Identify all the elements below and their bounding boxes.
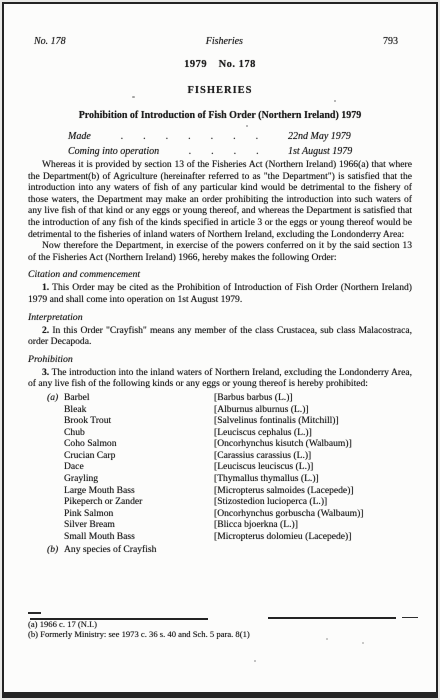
scan-artifact [132,96,135,98]
crayfish-text: Any species of Crayfish [64,544,156,555]
dot-leader: . . . . . . . [91,129,288,144]
made-date: 22nd May 1979 [288,129,384,144]
fish-latin-name: [Leuciscus cephalus (L.)] [214,427,312,439]
footnote-text: Formerly Ministry: see 1973 c. 36 s. 40 … [40,629,250,639]
fish-latin-name: [Thymallus thymallus (L.)] [214,473,319,485]
fish-latin-name: [Barbus barbus (L.)] [214,392,293,404]
operation-label: Coming into operation [68,144,159,159]
species-row: Grayling[Thymallus thymallus (L.)] [28,473,412,485]
fish-latin-name: [Salvelinus fontinalis (Mitchill)] [214,415,339,427]
operation-date: 1st August 1979 [288,144,384,159]
section-paragraph: 2. In this Order "Crayfish" means any me… [28,325,412,348]
fish-latin-name: [Oncorhynchus gorbuscha (Walbaum)] [214,508,363,520]
fish-common-name: Crucian Carp [64,450,214,462]
fish-latin-name: [Micropterus salmoides (Lacepede)] [214,485,354,497]
species-row: Dace[Leuciscus leuciscus (L.)] [28,461,412,473]
scan-artifact [246,125,248,127]
section-interpretation: Interpretation 2. In this Order "Crayfis… [28,312,412,348]
footnote-marker: (a) [28,619,38,629]
section-heading: Interpretation [28,312,412,324]
footnote-area: (a) 1966 c. 17 (N.I.) (b) Formerly Minis… [28,612,412,640]
footnote-marker: (b) [28,629,38,639]
fish-latin-name: [Carassius carassius (L.)] [214,450,311,462]
crayfish-item: (b) Any species of Crayfish [28,544,412,556]
scan-artifact [254,660,256,662]
species-row: Bleak[Alburnus alburnus (L.)] [28,404,412,416]
fish-common-name: Chub [64,427,214,439]
fish-common-name: Small Mouth Bass [64,531,214,543]
fish-latin-name: [Leuciscus leuciscus (L.)] [214,461,313,473]
prohibited-species-list: (a) Barbel[Barbus barbus (L.)] Bleak[Alb… [28,392,412,555]
fish-common-name: Bleak [64,404,214,416]
header-subject: Fisheries [206,36,243,47]
fish-latin-name: [Blicca bjoerkna (L.)] [214,519,298,531]
species-row: Pink Salmon[Oncorhynchus gorbuscha (Walb… [28,508,412,520]
species-row: Small Mouth Bass[Micropterus dolomieu (L… [28,531,412,543]
list-marker-a: (a) [47,392,58,404]
fish-common-name: Pink Salmon [64,508,214,520]
species-row: (a) Barbel[Barbus barbus (L.)] [28,392,412,404]
footnote-rule [28,612,412,620]
species-row: Crucian Carp[Carassius carassius (L.)] [28,450,412,462]
section-paragraph: 3. The introduction into the inland wate… [28,367,412,390]
meta-block: Made . . . . . . . 22nd May 1979 Coming … [68,129,384,159]
article-text: In this Order "Crayfish" means any membe… [28,325,412,348]
scanned-page: No. 178 Fisheries 793 1979 No. 178 FISHE… [2,2,438,698]
rule-segment [402,617,418,618]
section-heading: Prohibition [28,354,412,366]
running-header: No. 178 Fisheries 793 [28,36,412,47]
fish-common-name: Barbel [64,392,214,404]
enacting-paragraph: Now therefore the Department, in exercis… [28,240,412,263]
fish-latin-name: [Micropterus dolomieu (Lacepede)] [214,531,351,543]
section-prohibition: Prohibition 3. The introduction into the… [28,354,412,390]
doc-number: 1979 No. 178 [28,59,412,70]
article-number: 1. [42,282,49,293]
article-text: The introduction into the inland waters … [28,367,412,390]
rule-segment [268,617,396,619]
fish-common-name: Pikeperch or Zander [64,496,214,508]
fish-common-name: Grayling [64,473,214,485]
scan-artifact [334,100,336,102]
article-number: 2. [42,325,49,336]
preamble-paragraph: Whereas it is provided by section 13 of … [28,159,412,240]
scan-artifact [326,638,328,640]
section-paragraph: 1. This Order may be cited as the Prohib… [28,282,412,305]
species-row: Silver Bream[Blicca bjoerkna (L.)] [28,519,412,531]
header-doc-number: No. 178 [28,36,66,47]
fish-common-name: Coho Salmon [64,438,214,450]
scan-artifact [362,642,364,644]
dot-leader: . . . . [159,144,288,159]
list-marker-b: (b) [47,544,58,556]
fish-latin-name: [Oncorhynchus kisutch (Walbaum)] [214,438,352,450]
rule-tick [28,612,41,614]
fish-common-name: Silver Bream [64,519,214,531]
fish-latin-name: [Stizostedion lucioperca (L.)] [214,496,327,508]
species-row: Chub[Leuciscus cephalus (L.)] [28,427,412,439]
page-content: No. 178 Fisheries 793 1979 No. 178 FISHE… [4,36,436,555]
fish-common-name: Dace [64,461,214,473]
header-page-number: 793 [383,36,412,47]
species-row: Brook Trout[Salvelinus fontinalis (Mitch… [28,415,412,427]
fish-latin-name: [Alburnus alburnus (L.)] [214,404,309,416]
order-title: Prohibition of Introduction of Fish Orde… [28,110,412,121]
meta-row-made: Made . . . . . . . 22nd May 1979 [68,129,384,144]
subject-heading: FISHERIES [28,85,412,96]
section-citation: Citation and commencement 1. This Order … [28,269,412,305]
fish-common-name: Brook Trout [64,415,214,427]
rule-segment [30,618,208,620]
footnote-b: (b) Formerly Ministry: see 1973 c. 36 s.… [28,630,412,640]
article-text: This Order may be cited as the Prohibiti… [28,282,412,305]
species-row: Pikeperch or Zander[Stizostedion luciope… [28,496,412,508]
article-number: 3. [42,367,49,378]
made-label: Made [68,129,91,144]
section-heading: Citation and commencement [28,269,412,281]
footnote-text: 1966 c. 17 (N.I.) [40,619,97,629]
species-row: Large Mouth Bass[Micropterus salmoides (… [28,485,412,497]
meta-row-operation: Coming into operation . . . . 1st August… [68,144,384,159]
fish-common-name: Large Mouth Bass [64,485,214,497]
species-row: Coho Salmon[Oncorhynchus kisutch (Walbau… [28,438,412,450]
